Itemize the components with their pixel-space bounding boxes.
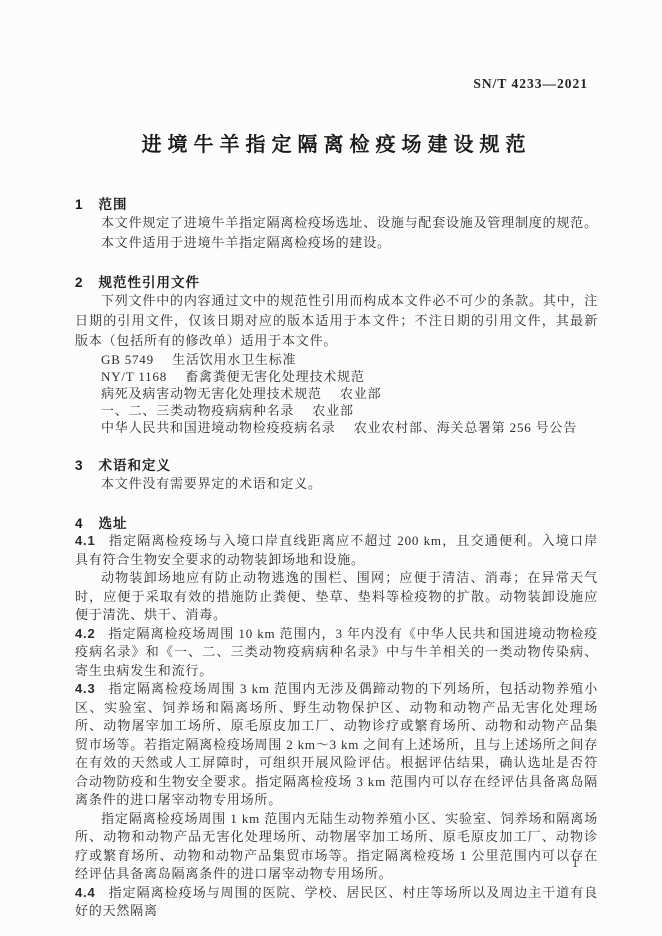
reference-item: 病死及病害动物无害化处理技术规范 农业部 xyxy=(75,385,598,402)
reference-title: 病死及病害动物无害化处理技术规范 xyxy=(101,385,322,402)
clause-4-3: 4.3指定隔离检疫场周围 3 km 范围内无涉及偶蹄动物的下列场所，包括动物养殖… xyxy=(75,680,598,810)
reference-title: 中华人民共和国进境动物检疫疫病名录 xyxy=(101,419,336,436)
standard-number: SN/T 4233—2021 xyxy=(75,76,598,92)
clause-4-3-paragraph-2: 指定隔离检疫场周围 1 km 范围内无陆生动物养殖小区、实验室、饲养场和隔离场所… xyxy=(75,810,598,884)
reference-title: 生活饮用水卫生标准 xyxy=(172,351,296,368)
clause-4-4-number: 4.4 xyxy=(75,885,95,900)
section-3-number: 3 xyxy=(75,458,84,473)
reference-item: GB 5749 生活饮用水卫生标准 xyxy=(75,351,598,368)
reference-title: 一、二、三类动物疫病病种名录 xyxy=(101,402,294,419)
clause-4-2: 4.2指定隔离检疫场周围 10 km 范围内，3 年内没有《中华人民共和国进境动… xyxy=(75,625,598,681)
page-content: SN/T 4233—2021 进境牛羊指定隔离检疫场建设规范 1 范围 本文件规… xyxy=(75,0,598,921)
section-1-title: 范围 xyxy=(99,193,128,213)
section-1-paragraph-2: 本文件适用于进境牛羊指定隔离检疫场的建设。 xyxy=(75,233,598,253)
section-4-title: 选址 xyxy=(99,512,128,532)
section-1-paragraph-1: 本文件规定了进境牛羊指定隔离检疫场选址、设施与配套设施及管理制度的规范。 xyxy=(75,213,598,233)
section-2-title: 规范性引用文件 xyxy=(99,271,201,291)
section-4-heading: 4 选址 xyxy=(75,512,598,532)
section-2-number: 2 xyxy=(75,275,84,290)
clause-4-1-text: 指定隔离检疫场与入境口岸直线距离应不超过 200 km，且交通便利。入境口岸具有… xyxy=(75,533,598,567)
document-title: 进境牛羊指定隔离检疫场建设规范 xyxy=(75,128,598,157)
document-page: SN/T 4233—2021 进境牛羊指定隔离检疫场建设规范 1 范围 本文件规… xyxy=(0,0,662,936)
clause-4-4-text: 指定隔离检疫场与周围的医院、学校、居民区、村庄等场所以及周边主干道有良好的天然隔… xyxy=(75,885,598,919)
clause-4-3-number: 4.3 xyxy=(75,681,95,696)
section-2-intro: 下列文件中的内容通过文中的规范性引用而构成本文件必不可少的条款。其中，注日期的引… xyxy=(75,291,598,351)
clause-4-4: 4.4指定隔离检疫场与周围的医院、学校、居民区、村庄等场所以及周边主干道有良好的… xyxy=(75,884,598,921)
reference-item: 中华人民共和国进境动物检疫疫病名录 农业农村部、海关总署第 256 号公告 xyxy=(75,419,598,436)
reference-item: 一、二、三类动物疫病病种名录 农业部 xyxy=(75,402,598,419)
reference-issuer: 农业部 xyxy=(312,402,353,419)
section-3-title: 术语和定义 xyxy=(99,454,172,474)
section-3-heading: 3 术语和定义 xyxy=(75,454,598,474)
reference-title: 畜禽粪便无害化处理技术规范 xyxy=(185,368,364,385)
clause-4-2-text: 指定隔离检疫场周围 10 km 范围内，3 年内没有《中华人民共和国进境动物检疫… xyxy=(75,626,598,678)
section-1-number: 1 xyxy=(75,197,84,212)
clause-4-1-number: 4.1 xyxy=(75,533,95,548)
clause-4-1: 4.1指定隔离检疫场与入境口岸直线距离应不超过 200 km，且交通便利。入境口… xyxy=(75,532,598,569)
page-number: 1 xyxy=(572,856,578,871)
reference-code: GB 5749 xyxy=(101,351,154,368)
reference-issuer: 农业部 xyxy=(340,385,381,402)
section-4-number: 4 xyxy=(75,516,84,531)
section-1-heading: 1 范围 xyxy=(75,193,598,213)
section-2-heading: 2 规范性引用文件 xyxy=(75,271,598,291)
clause-4-1-paragraph-2: 动物装卸场地应有防止动物逃逸的围栏、围网；应便于清洁、消毒；在异常天气时，应便于… xyxy=(75,569,598,625)
reference-item: NY/T 1168 畜禽粪便无害化处理技术规范 xyxy=(75,368,598,385)
reference-issuer: 农业农村部、海关总署第 256 号公告 xyxy=(354,419,577,436)
section-3-paragraph: 本文件没有需要界定的术语和定义。 xyxy=(75,474,598,494)
clause-4-2-number: 4.2 xyxy=(75,626,95,641)
clause-4-3-text: 指定隔离检疫场周围 3 km 范围内无涉及偶蹄动物的下列场所，包括动物养殖小区、… xyxy=(75,681,598,807)
reference-code: NY/T 1168 xyxy=(101,368,167,385)
